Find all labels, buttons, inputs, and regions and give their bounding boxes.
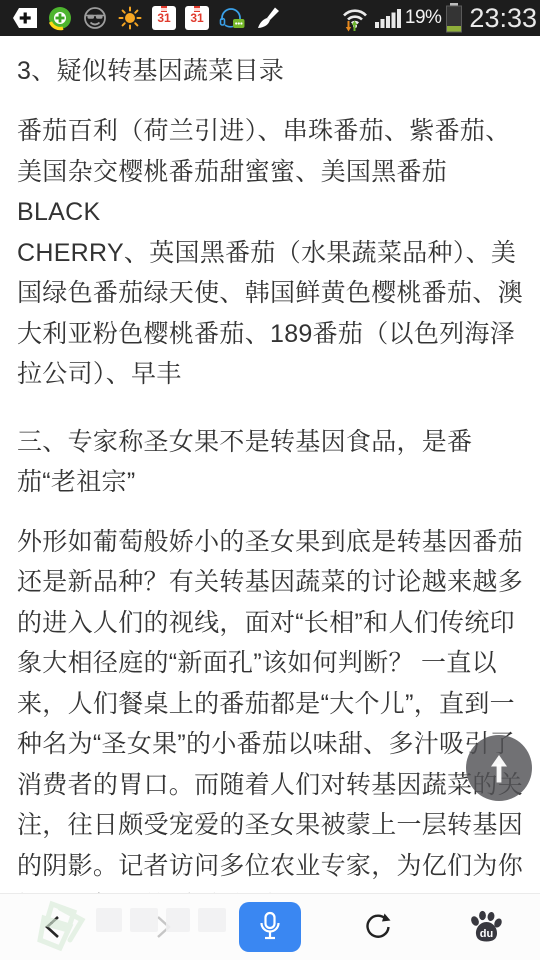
baidu-home-button[interactable]: du xyxy=(432,894,540,960)
forward-button[interactable] xyxy=(108,894,216,960)
battery-percent-label: 19% xyxy=(405,7,442,29)
section-heading-expert-claim: 三、专家称圣女果不是转基因食品，是番 茄“老祖宗” xyxy=(17,422,523,502)
refresh-button[interactable] xyxy=(324,894,432,960)
section-heading-gmo-list: 3、疑似转基因蔬菜目录 xyxy=(17,54,523,88)
headset-chat-icon xyxy=(218,5,246,31)
status-bar-left-icons: 31 31 xyxy=(12,5,281,31)
signal-bars-icon xyxy=(374,7,402,29)
calendar-icon: 31 xyxy=(152,6,176,30)
calendar-icon: 31 xyxy=(185,6,209,30)
paragraph-gmo-vegetable-list: 番茄百利（荷兰引进）、串珠番茄、紫番茄、 美国杂交樱桃番茄甜蜜蜜、美国黑番茄BL… xyxy=(17,111,523,395)
baidu-paw-icon: du xyxy=(467,909,505,945)
browser-toolbar: du xyxy=(0,893,540,960)
article-content: 3、疑似转基因蔬菜目录 番茄百利（荷兰引进）、串珠番茄、紫番茄、 美国杂交樱桃番… xyxy=(0,36,540,893)
battery-icon xyxy=(444,2,464,34)
green-shield-circle-icon xyxy=(47,5,73,31)
status-bar: 31 31 xyxy=(0,0,540,36)
clock-label: 23:33 xyxy=(469,3,537,34)
microphone-icon xyxy=(239,902,301,952)
paragraph-cherry-tomato-story: 外形如葡萄般娇小的圣女果到底是转基因番茄 还是新品种？有关转基因蔬菜的讨论越来越… xyxy=(17,522,523,894)
voice-search-button[interactable] xyxy=(216,894,324,960)
phone-screen: 31 31 xyxy=(0,0,540,960)
sunglasses-face-icon xyxy=(82,5,108,31)
status-bar-right: 19% 23:33 xyxy=(339,2,537,34)
brush-clean-icon xyxy=(255,5,281,31)
tag-plus-icon xyxy=(12,6,38,30)
sun-weather-icon xyxy=(117,5,143,31)
calendar-day-label: 31 xyxy=(190,12,203,26)
arrow-up-icon xyxy=(480,748,518,788)
back-button[interactable] xyxy=(0,894,108,960)
scroll-to-top-button[interactable] xyxy=(466,735,532,801)
wifi-updown-icon xyxy=(339,4,371,32)
baidu-du-label: du xyxy=(480,928,493,940)
calendar-day-label: 31 xyxy=(157,12,170,26)
